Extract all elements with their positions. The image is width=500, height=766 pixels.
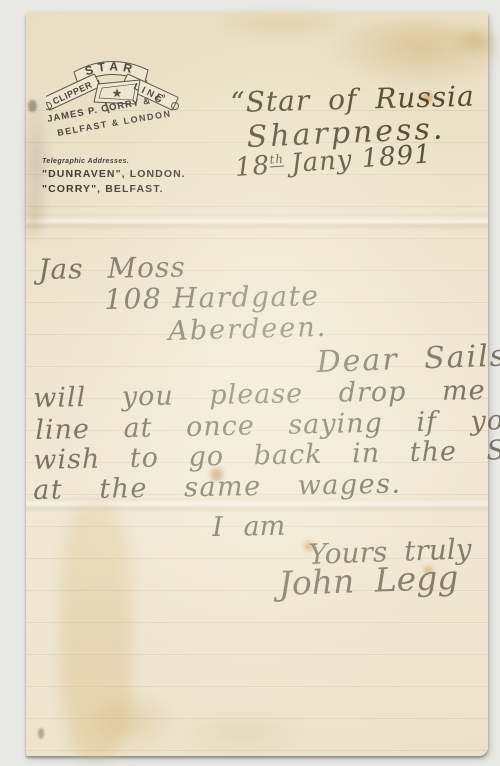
closing-i-am: I am	[212, 511, 285, 543]
telegraphic-address-london: "DUNRAVEN", LONDON.	[42, 168, 186, 180]
svg-text:STAR: STAR	[83, 59, 138, 78]
body-line-4: at the same wages.	[33, 469, 402, 506]
telegraphic-label: Telegraphic Addresses.	[42, 158, 186, 165]
recipient-city: Aberdeen.	[168, 312, 328, 347]
stain	[28, 100, 37, 112]
stain	[451, 24, 500, 58]
recipient-name: Jas Moss	[38, 250, 186, 286]
telegraphic-addresses-block: Telegraphic Addresses. "DUNRAVEN", LONDO…	[42, 158, 186, 195]
banner-text-star: STAR	[83, 59, 138, 78]
telegraphic-address-belfast: "CORRY", BELFAST.	[42, 183, 186, 195]
star-clipper-line-logo: STAR CLIPPER LINE JAMES P. CORRY & Cº BE…	[46, 46, 216, 146]
letter-paper: STAR CLIPPER LINE JAMES P. CORRY & Cº BE…	[26, 12, 488, 756]
stain	[38, 728, 44, 739]
fold-crease-top	[26, 214, 488, 230]
date-ordinal: th	[269, 152, 284, 168]
stain	[60, 504, 132, 760]
stain	[176, 712, 306, 756]
letter-photo-scene: STAR CLIPPER LINE JAMES P. CORRY & Cº BE…	[0, 0, 500, 766]
stain	[20, 188, 46, 244]
salutation: Dear Sails	[316, 338, 500, 380]
stain	[206, 6, 356, 42]
signature: John Legg	[278, 558, 459, 603]
stain	[326, 20, 500, 88]
stain	[82, 688, 178, 754]
recipient-street: 108 Hardgate	[104, 279, 320, 316]
date-day: 18	[234, 151, 271, 183]
